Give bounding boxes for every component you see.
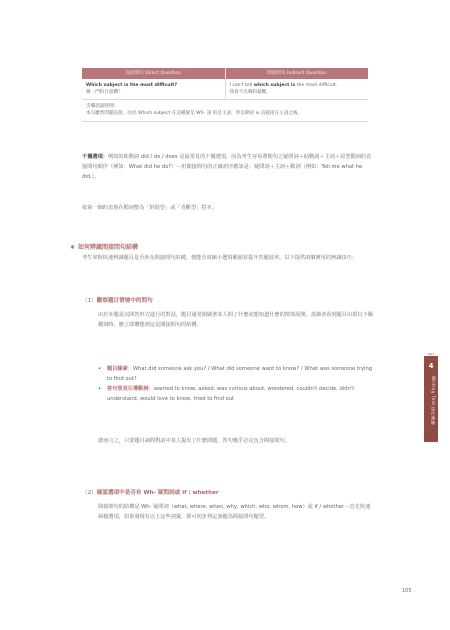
direct-question-en: Which subject is the most difficult? [86,83,177,88]
distractor-label: 干擾選項： [82,154,108,160]
indirect-question-en-post: the most difficult. [295,83,337,88]
subsection-2-heading: （2）確認選項中是否有 Wh- 疑問詞或 if / whether [82,488,219,496]
subsection-2-number: （2） [82,490,97,496]
direct-question-zh: 哪一門科目最難？ [86,90,123,95]
clue-list: 題目線索：What did someone ask you? / What di… [98,364,373,404]
subsection-1-number: （1） [82,298,97,304]
indirect-question-en-pre: I can't tell [230,83,254,88]
subsection-2-title: 確認選項中是否有 Wh- 疑問詞或 if / whether [97,490,219,496]
table-row: Which subject is the most difficult? 哪一門… [82,79,368,100]
side-tab-text: Writing Test 寫作測驗 [426,376,436,425]
table-header-direct: 直接問句 Direct Question [82,68,225,79]
clue-label: 答句常見引導動詞 [107,386,149,392]
table-note: 引導語氣特別： 本句雖然問題直接，因為 Which subject 在這種疑是 … [82,100,368,122]
note-paragraph: 依第一個的表現在動詞整為「倒裝型」或「肯斷型」搭本。 [82,203,372,213]
page-number: 105 [402,588,412,594]
note-text: 本句雖然問題直接，因為 Which subject 在這種疑是 Wh- 詞 的是… [86,111,302,116]
pin-icon: ❦ [70,244,75,251]
clue-text: ：What did someone ask you? / What did so… [107,366,372,382]
distractor-text: 例如的助動詞 did / do / does 是最常見的干擾選項，因為考生容易將… [82,154,371,180]
question-comparison-table: 直接問句 Direct Question 間接問句 Indirect Quest… [82,68,368,122]
note-title: 引導語氣特別： [86,104,118,109]
subsection-1-heading: （1）觀察題目情境中的問句 [82,296,153,304]
list-item: 答句常見引導動詞：wanted to know, asked, was curi… [98,384,373,404]
section-intro: 考生掌握快速辨識題目是否涉及間接問句結構，便能有效縮小選項範圍並提升答題效率。以… [82,253,372,263]
subsection-1-body: 由於本題是以問答形式進行的對話，題目通常圍繞著某人問了什麼或想知道什麼的情境展開… [98,310,373,330]
subsection-1-title: 觀察題目情境中的問句 [97,298,153,304]
subsection-2-body: 間接問句的結構是 Wh- 疑問詞（what, where, when, why,… [98,502,373,522]
distractor-paragraph: 干擾選項：例如的助動詞 did / do / does 是最常見的干擾選項，因為… [82,152,372,182]
subsection-1-summary: 總而言之，只要題目詢問對話中某人提出了什麼問題，答句幾乎必定包含間接問句。 [98,436,373,446]
indirect-question-en-bold: which subject is [254,83,296,88]
indirect-question-cell: I can't tell which subject is the most d… [225,79,368,100]
indirect-question-zh: 我看不出哪科最難。 [230,90,271,95]
table-header-indirect: 間接問句 Indirect Question [225,68,368,79]
direct-question-cell: Which subject is the most difficult? 哪一門… [82,79,225,100]
table-note-row: 引導語氣特別： 本句雖然問題直接，因為 Which subject 在這種疑是 … [82,100,368,122]
clue-label: 題目線索 [107,366,128,372]
section-heading: ❦如何辨識間接問句結構 [70,242,138,251]
book-page: 直接問句 Direct Question 間接問句 Indirect Quest… [0,0,450,630]
list-item: 題目線索：What did someone ask you? / What di… [98,364,373,384]
side-tab-number: 4 [424,362,438,370]
section-title: 如何辨識間接問句結構 [78,244,138,251]
